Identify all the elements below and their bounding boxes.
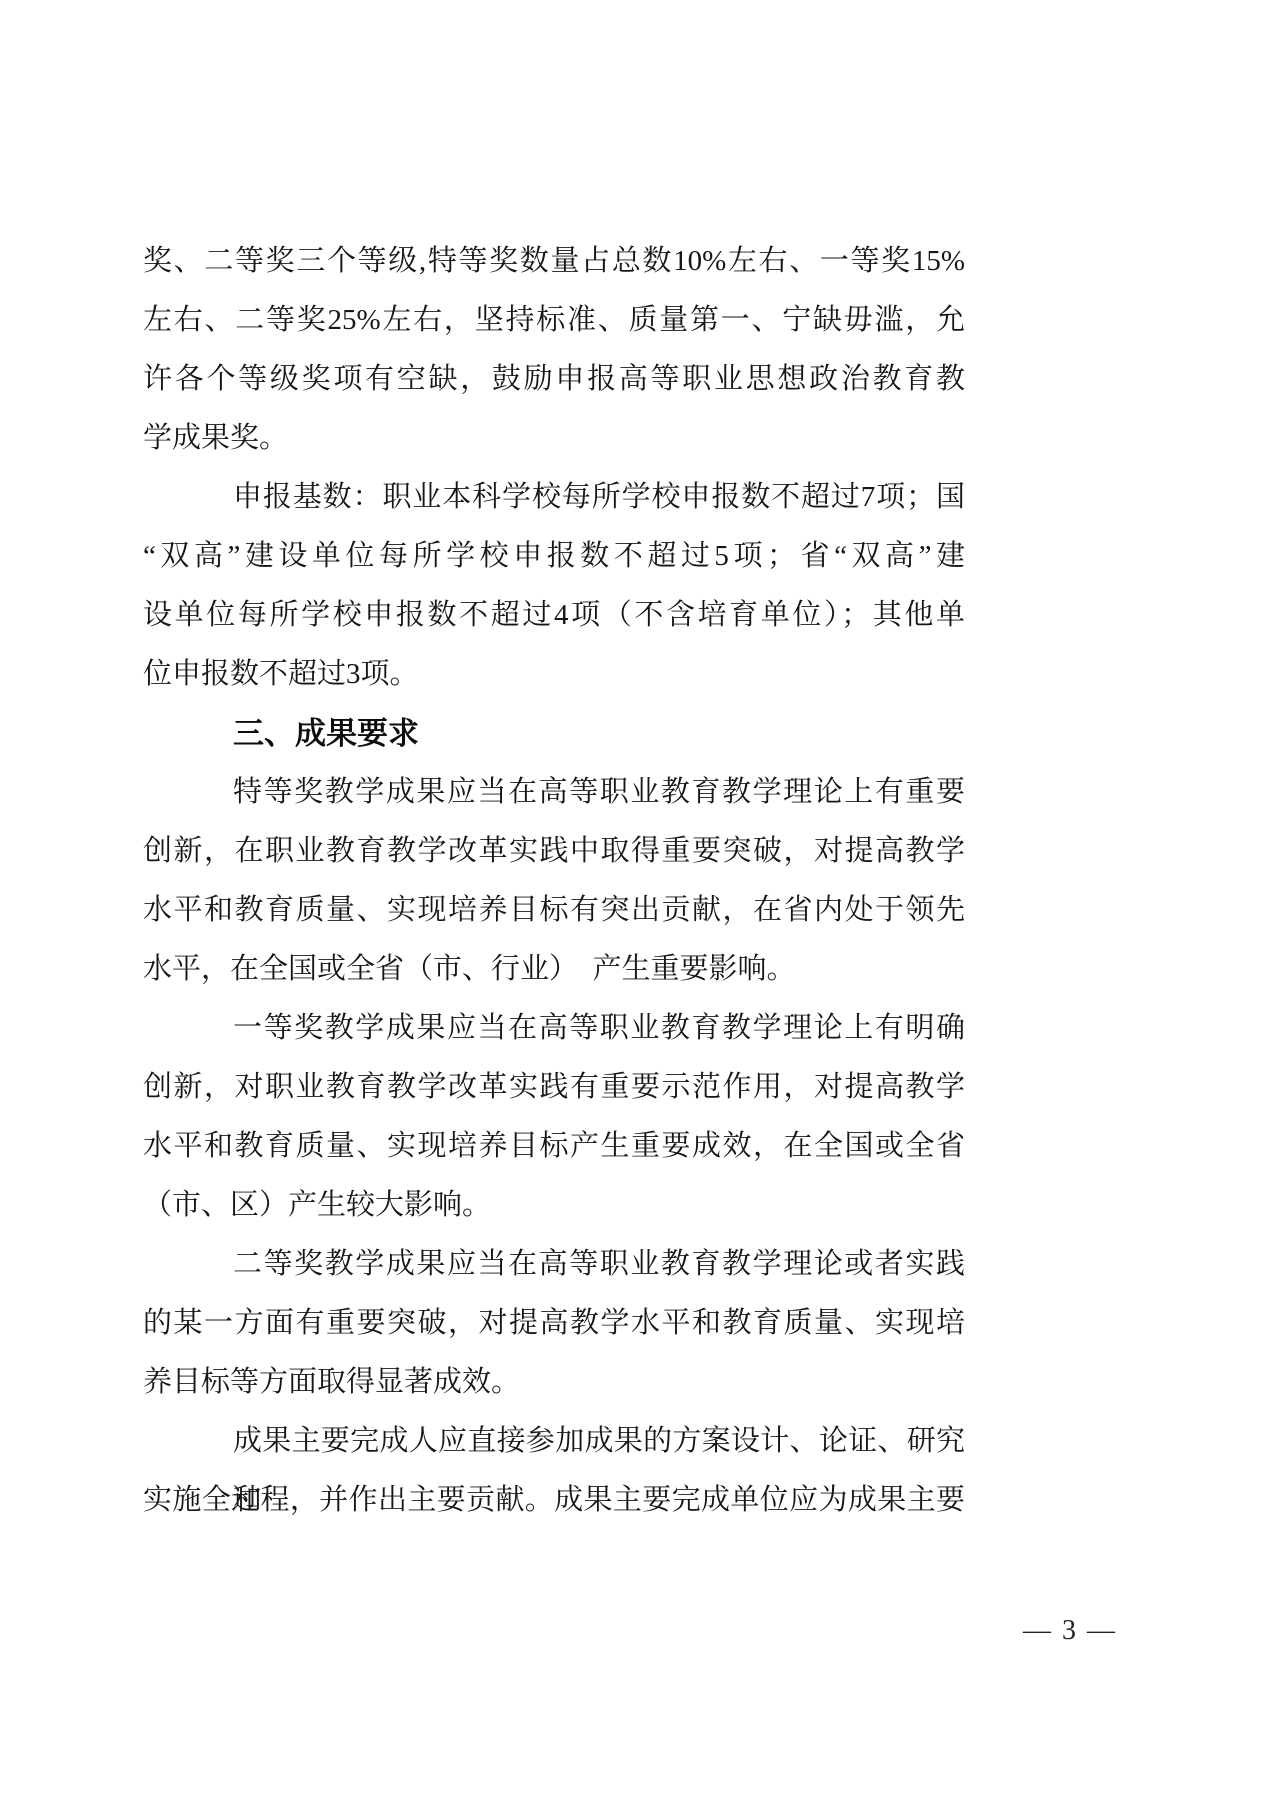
page-number: — 3 — [1023,1607,1117,1655]
document-line: 位申报数不超过3项。 [143,645,965,704]
document-line: 学成果奖。 [143,409,965,468]
document-line: 一等奖教学成果应当在高等职业教育教学理论上有明确 [143,999,965,1058]
document-body: 奖、二等奖三个等级,特等奖数量占总数10%左右、一等奖15%左右、二等奖25%左… [143,232,965,1530]
document-line: 水平，在全国或全省（市、行业） 产生重要影响。 [143,940,965,999]
document-line: 设单位每所学校申报数不超过4项（不含培育单位）；其他单 [143,586,965,645]
document-line: 奖、二等奖三个等级,特等奖数量占总数10%左右、一等奖15% [143,232,965,291]
document-line: 特等奖教学成果应当在高等职业教育教学理论上有重要 [143,763,965,822]
document-line: 创新，对职业教育教学改革实践有重要示范作用，对提高教学 [143,1058,965,1117]
document-page: 奖、二等奖三个等级,特等奖数量占总数10%左右、一等奖15%左右、二等奖25%左… [0,0,1280,1810]
document-line: 左右、二等奖25%左右，坚持标准、质量第一、宁缺毋滥，允 [143,291,965,350]
document-line: 成果主要完成人应直接参加成果的方案设计、论证、研究和 [143,1412,965,1471]
document-line: 水平和教育质量、实现培养目标有突出贡献，在省内处于领先 [143,881,965,940]
document-line: （市、区）产生较大影响。 [143,1176,965,1235]
section-heading: 三、成果要求 [143,704,965,763]
document-line: 水平和教育质量、实现培养目标产生重要成效，在全国或全省 [143,1117,965,1176]
document-line: 创新，在职业教育教学改革实践中取得重要突破，对提高教学 [143,822,965,881]
document-line: 二等奖教学成果应当在高等职业教育教学理论或者实践 [143,1235,965,1294]
document-line: 养目标等方面取得显著成效。 [143,1353,965,1412]
document-line: 实施全过程，并作出主要贡献。成果主要完成单位应为成果主要 [143,1471,965,1530]
document-line: 申报基数：职业本科学校每所学校申报数不超过7项；国 [143,468,965,527]
document-line: 许各个等级奖项有空缺，鼓励申报高等职业思想政治教育教 [143,350,965,409]
document-line: “双高”建设单位每所学校申报数不超过5项；省“双高”建 [143,527,965,586]
document-line: 的某一方面有重要突破，对提高教学水平和教育质量、实现培 [143,1294,965,1353]
